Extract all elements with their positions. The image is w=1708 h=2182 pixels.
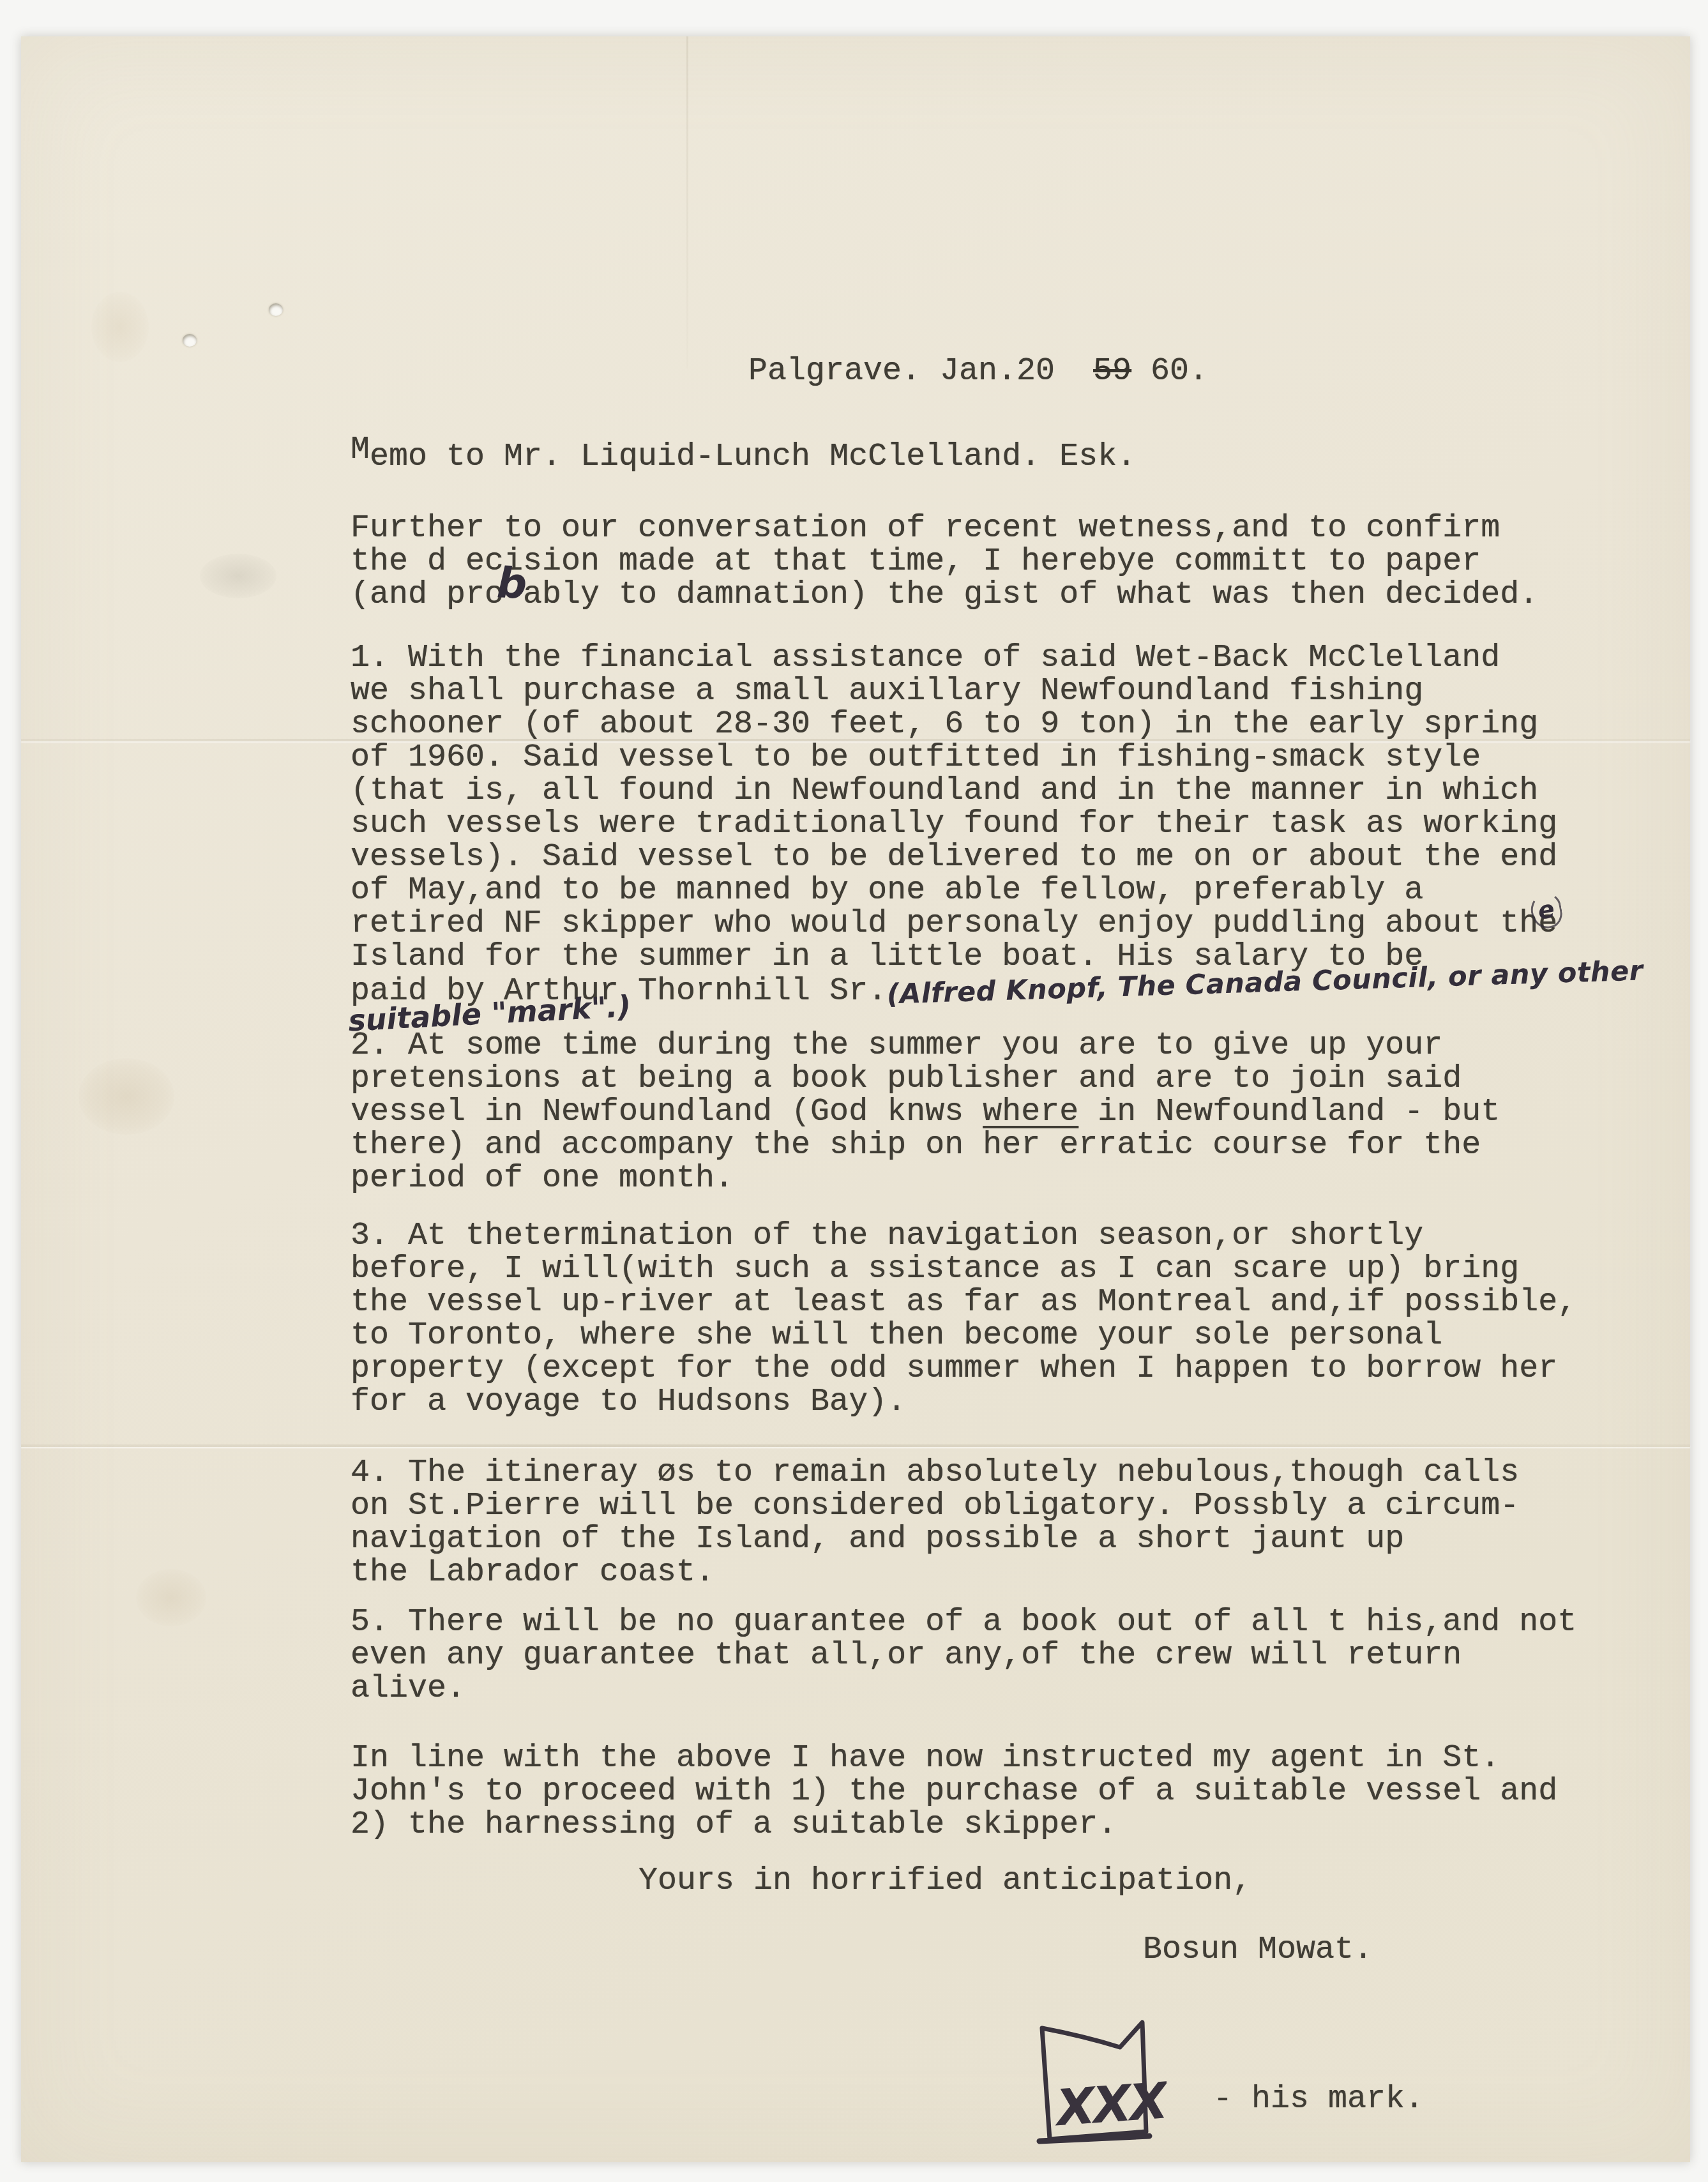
letter-line: Palgrave. Jan.20 59 60. <box>748 355 1208 388</box>
letter-line: 3. At thetermination of the navigation s… <box>351 1220 1576 1253</box>
stain-mark <box>79 1058 174 1135</box>
letter-line: vessel in Newfoundland (God knws where i… <box>351 1096 1500 1129</box>
letter-line: to Toronto, where she will then become y… <box>351 1319 1576 1352</box>
letter-line: of 1960. Said vessel to be outfitted in … <box>351 741 1644 775</box>
scanned-letter-page: { "colors":{"paper":"#ebe5d6","backgroun… <box>0 0 1708 2182</box>
paragraph-item-2: 2. At some time during the summer you ar… <box>351 1029 1500 1195</box>
letter-line: 2. At some time during the summer you ar… <box>351 1029 1500 1063</box>
letter-line: alive. <box>351 1672 1576 1706</box>
handwritten-correction-b: b <box>496 558 528 609</box>
fold-crease-bottom <box>21 1444 1690 1447</box>
staple-hole <box>269 303 283 316</box>
his-mark-label: - his mark. <box>1213 2083 1424 2116</box>
letter-line: pretensions at being a book publisher an… <box>351 1063 1500 1096</box>
letter-line: property (except for the odd summer when… <box>351 1352 1576 1386</box>
valediction: Yours in horrified anticipation, <box>639 1865 1251 1898</box>
letter-line: retired NF skipper who would personaly e… <box>351 907 1644 941</box>
letter-line: we shall purchase a small auxillary Newf… <box>351 675 1644 708</box>
paragraph-item-3: 3. At thetermination of the navigation s… <box>351 1220 1576 1419</box>
signature: Bosun Mowat. <box>1143 1934 1373 1967</box>
stain-mark <box>136 1569 206 1626</box>
letter-line: 2) the harnessing of a suitable skipper. <box>351 1808 1557 1842</box>
letter-line: there) and accompany the ship on her err… <box>351 1129 1500 1162</box>
letter-line: of May,and to be manned by one able fell… <box>351 874 1644 907</box>
letter-line: (and pro ably to damnation) the gist of … <box>351 579 1538 612</box>
letter-line: John's to proceed with 1) the purchase o… <box>351 1775 1557 1808</box>
letter-line: before, I will(with such a ssistance as … <box>351 1253 1576 1286</box>
paragraph-item-4: 4. The itineray øs to remain absolutely … <box>351 1457 1519 1589</box>
paragraph-item-5: 5. There will be no guarantee of a book … <box>351 1606 1576 1706</box>
letter-line: the vessel up-river at least as far as M… <box>351 1286 1576 1319</box>
letter-line: navigation of the Island, and possible a… <box>351 1523 1519 1556</box>
vertical-crease <box>686 36 688 368</box>
letter-paper: Palgrave. Jan.20 59 60. Memo to Mr. Liqu… <box>21 36 1690 2162</box>
letter-line: such vessels were traditionally found fo… <box>351 808 1644 841</box>
paragraph-item-1: 1. With the financial assistance of said… <box>351 642 1644 1008</box>
letter-line: period of one month. <box>351 1162 1500 1195</box>
letter-dateline: Palgrave. Jan.20 59 60. <box>748 355 1208 388</box>
letter-line: 1. With the financial assistance of said… <box>351 642 1644 675</box>
letter-line: even any guarantee that all,or any,of th… <box>351 1639 1576 1672</box>
letter-line: for a voyage to Hudsons Bay). <box>351 1386 1576 1419</box>
letter-line: 4. The itineray øs to remain absolutely … <box>351 1457 1519 1490</box>
staple-hole <box>183 334 197 347</box>
memo-to-line: Memo to Mr. Liquid-Lunch McClelland. Esk… <box>351 441 1136 474</box>
letter-line: Further to our conversation of recent we… <box>351 512 1538 545</box>
letter-line: the Labrador coast. <box>351 1556 1519 1589</box>
his-mark-xxx: XXX <box>1052 2072 1167 2137</box>
closing-paragraph: In line with the above I have now instru… <box>351 1742 1557 1842</box>
letter-line: the d ecision made at that time, I hereb… <box>351 545 1538 579</box>
letter-line: on St.Pierre will be considered obligato… <box>351 1490 1519 1523</box>
letter-line: Memo to Mr. Liquid-Lunch McClelland. Esk… <box>351 441 1136 474</box>
his-mark-box: XXX <box>1029 2013 1167 2150</box>
letter-line: In line with the above I have now instru… <box>351 1742 1557 1775</box>
letter-line: vessels). Said vessel to be delivered to… <box>351 841 1644 874</box>
smudge-mark <box>200 554 276 598</box>
letter-line: 5. There will be no guarantee of a book … <box>351 1606 1576 1639</box>
intro-paragraph: Further to our conversation of recent we… <box>351 512 1538 612</box>
letter-line: (that is, all found in Newfoundland and … <box>351 775 1644 808</box>
stain-mark <box>91 292 149 362</box>
letter-line: schooner (of about 28-30 feet, 6 to 9 to… <box>351 708 1644 741</box>
